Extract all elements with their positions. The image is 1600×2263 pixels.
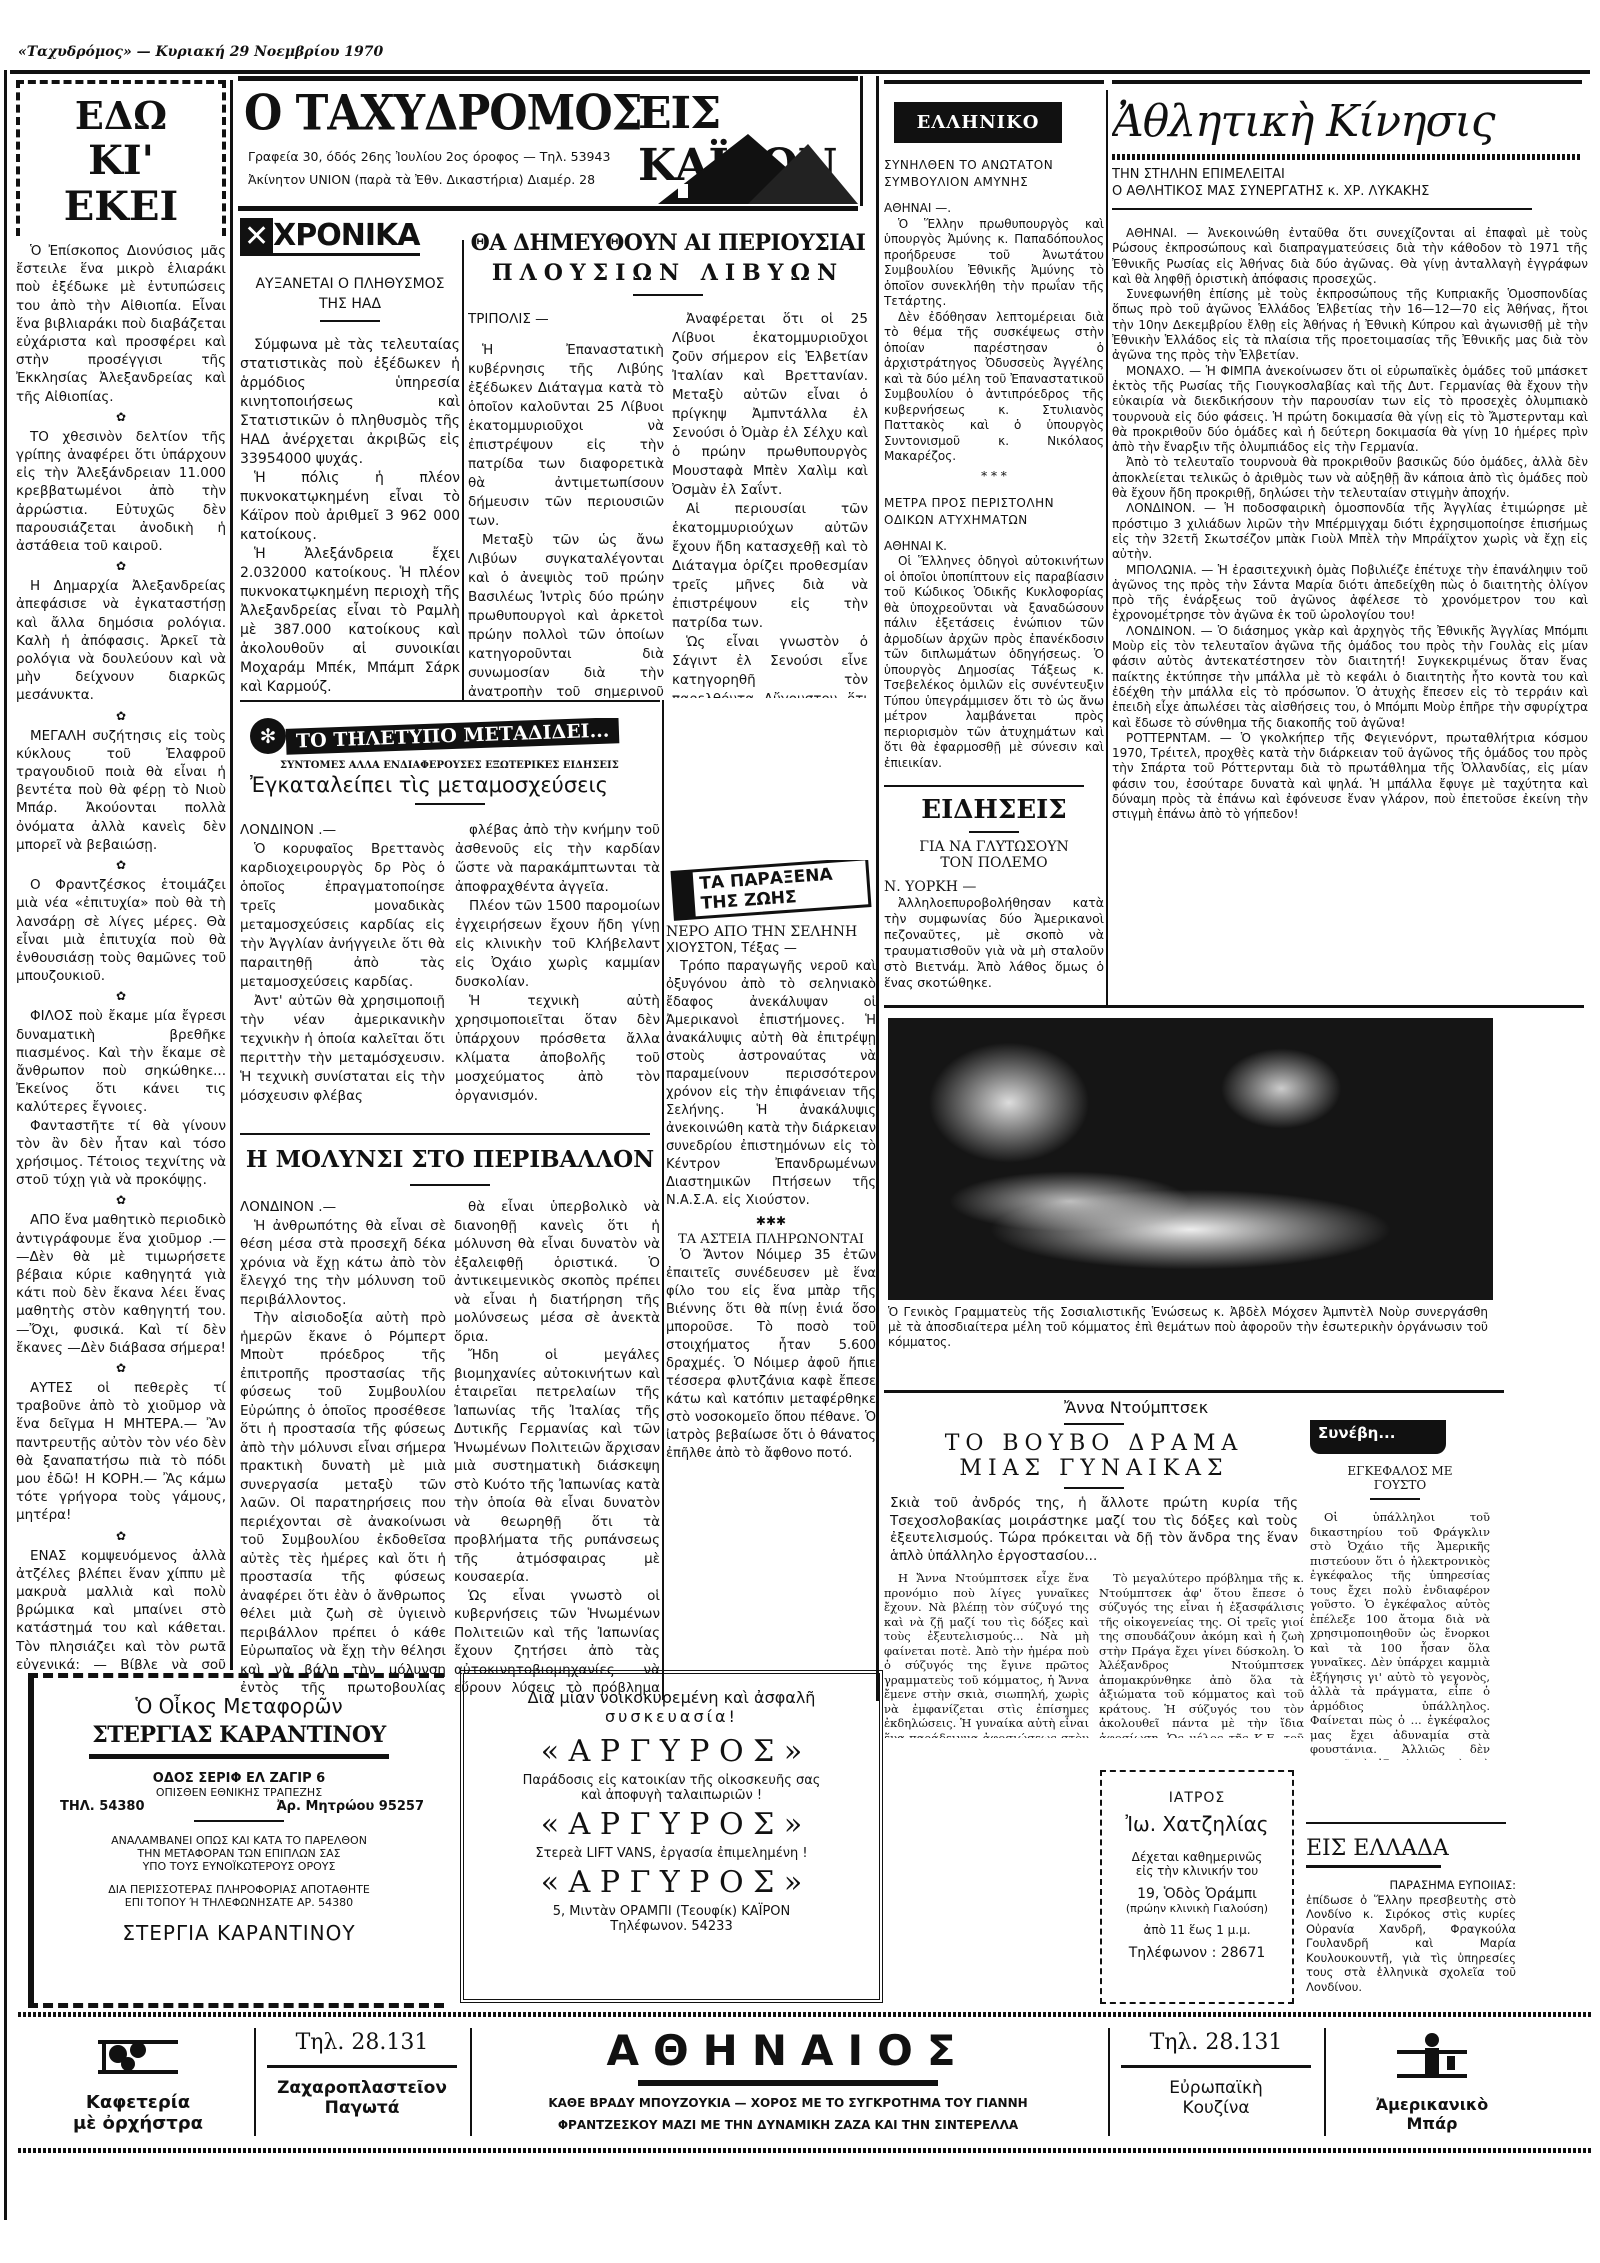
elliniko-item-1-dateline: ΑΘΗΝΑΙ —. bbox=[884, 201, 1104, 217]
chronika-title: ΧΡΟΝΙΚΑ bbox=[273, 218, 419, 256]
chronika-para-1: Σύμφωνα μὲ τὰς τελευταίας στατιστικὰς πο… bbox=[240, 336, 460, 469]
elliniko-column: ΕΛΛΗΝΙΚΟ ΣΥΝΗΛΘΕΝ ΤΟ ΑΝΩΤΑΤΟΝ ΣΥΜΒΟΥΛΙΟΝ… bbox=[884, 80, 1104, 1040]
bar-block: Ἀμερικανικὸ Μπάρ bbox=[1332, 2030, 1532, 2133]
dubcek-top-rule bbox=[1064, 1423, 1124, 1425]
synevi-text: Οἱ ὑπάλληλοι τοῦ δικαστηρίου τοῦ Φράγκλι… bbox=[1310, 1510, 1490, 1760]
elliniko-top-rule bbox=[884, 80, 1104, 84]
movers-phone: ΤΗΛ. 54380 bbox=[60, 1799, 145, 1814]
libya-para-5: Αἱ περιουσίαι τῶν ἑκατομμυριούχων αὐτῶν … bbox=[672, 500, 868, 633]
paraxena-right-divider bbox=[876, 76, 879, 1701]
x-logo-icon: ✕ bbox=[240, 218, 273, 256]
ki-ekei-title: ΚΙ' ΕΚΕΙ bbox=[24, 138, 218, 230]
pollution-para-3: θὰ εἶναι ὑπερβολικὸ νὰ διανοηθῇ κανεὶς ὅ… bbox=[454, 1198, 660, 1346]
argyros-top-2: συσκευασία! bbox=[464, 1707, 879, 1726]
paper-name: Ο ΤΑΧΥΔΡΟΜΟΣ bbox=[244, 85, 642, 142]
movers-mid-rule bbox=[194, 1820, 284, 1822]
flower-ornament-icon: ✿ bbox=[16, 408, 226, 426]
elliniko-item-1-body: ΑΘΗΝΑΙ —. Ὁ Ἕλλην πρωθυπουργὸς καὶ ὑπουρ… bbox=[884, 201, 1104, 465]
running-header: «Ταχυδρόμος» — Κυριακή 29 Νοεμβρίου 1970 bbox=[18, 44, 383, 60]
libya-para-2: Μεταξὺ τῶν ὡς ἄνω Λιβύων συγκαταλέγονται… bbox=[468, 531, 664, 698]
edo-ki-ekei-column: ΕΔΩ ΚΙ' ΕΚΕΙ Ὁ Ἐπίσκοπος Διονύσιος μᾶς ἔ… bbox=[16, 80, 226, 1670]
movers-name-rule bbox=[89, 1754, 389, 1759]
kitchen-line-2: Κουζίνα bbox=[1116, 2098, 1316, 2118]
eis-ellada-body: ΠΑΡΑΣΗΜΑ ΕΥΠΟΙΙΑΣ: ἐπίδωσε ὁ Ἕλλην πρεσβ… bbox=[1306, 1878, 1516, 1994]
eis-ellada-top-rule bbox=[1306, 1822, 1506, 1824]
cafe-block: Καφετερία μὲ ὀρχήστρα bbox=[38, 2030, 238, 2134]
kitchen-rule bbox=[1121, 2065, 1311, 2068]
movers-info-2: ΕΠΙ ΤΟΠΟΥ Ή ΤΗΛΕΦΩΝΗΣΑΤΕ ΑΡ. 54380 bbox=[34, 1896, 444, 1909]
masthead-address-2: Ἀκίνητον UNION (παρὰ τὰ Ἐθν. Δικαστήρια)… bbox=[248, 172, 595, 187]
chronika-subhead-rule bbox=[320, 320, 380, 322]
doctor-name: Ἰω. Χατζηλίας bbox=[1102, 1812, 1292, 1836]
footer-divider-1 bbox=[254, 2028, 256, 2136]
pastry-line-2: Παγωτά bbox=[262, 2098, 462, 2118]
flower-ornament-icon: ✿ bbox=[16, 557, 226, 575]
teletype-para-5: Ἡ τεχνικὴ αὐτὴ χρησιμοποιεῖται ὅταν δὲν … bbox=[455, 992, 660, 1103]
paraxena-item-2-text: Ὁ Ἄντον Νόιμερ 35 ἐτῶν ἐπαιτεῖς συνέδευσ… bbox=[666, 1247, 876, 1463]
teletype-para-4: Πλέον τῶν 1500 παρομοίων ἐγχειρήσεων ἔχο… bbox=[455, 897, 660, 992]
libya-para-4: Ἀναφέρεται ὅτι οἱ 25 Λίβυοι ἑκατομμυριοῦ… bbox=[672, 310, 868, 500]
argyros-phone: Τηλέφωνον. 54233 bbox=[464, 1919, 879, 1934]
pollution-top-rule bbox=[240, 1133, 650, 1135]
edo-item-8: ΑΠΟ ἕνα μαθητικὸ περιοδικὸ ἀντιγράφουμε … bbox=[16, 1211, 226, 1357]
edo-item-2: ΤΟ χθεσινὸν δελτίον τῆς γρίπης ἀναφέρει … bbox=[16, 428, 226, 555]
libya-col-1: ΤΡΙΠΟΛΙΣ — Ἡ Ἐπαναστατικὴ κυβέρνησις τῆς… bbox=[468, 310, 664, 698]
libya-article: ΘΑ ΔΗΜΕΥΘΟΥΝ ΑΙ ΠΕΡΙΟΥΣΙΑΙ ΠΛΟΥΣΙΩΝ ΛΙΒΥ… bbox=[468, 218, 868, 698]
teletype-col-2: φλέβας ἀπὸ τὴν κνήμην τοῦ ἀσθενοῦς εἰς τ… bbox=[455, 821, 660, 1103]
doctor-hours: ἀπὸ 11 ἕως 1 μ.μ. bbox=[1102, 1923, 1292, 1937]
sports-para-4: Ἀπὸ τὸ τελευταῖο τουρνουὰ θὰ προκριθοῦν … bbox=[1112, 455, 1588, 501]
eis-ellada-lead: ΠΑΡΑΣΗΜΑ ΕΥΠΟΙΙΑΣ: bbox=[1306, 1878, 1516, 1893]
athinaios-name: ΑΘΗΝΑΙΟΣ bbox=[478, 2024, 1098, 2078]
eidiseis-body: Ν. ΥΟΡΚΗ — Ἀλληλοεπυροβολήθησαν κατὰ τὴν… bbox=[884, 879, 1104, 991]
libya-headline-rule bbox=[633, 294, 703, 296]
sports-para-1: ΑΘΗΝΑΙ. — Ἀνεκοινώθη ἐνταῦθα ὅτι συνεχίζ… bbox=[1112, 226, 1588, 287]
doctor-phone: Τηλέφωνον : 28671 bbox=[1102, 1945, 1292, 1961]
paraxena-item-1-head: ΝΕΡΟ ΑΠΟ ΤΗΝ ΣΕΛΗΝΗ bbox=[666, 924, 876, 940]
orchestra-icon bbox=[98, 2030, 178, 2080]
movers-footer: ΣΤΕΡΓΙΑ ΚΑΡΑΝΤΙΝΟΥ bbox=[34, 1921, 444, 1945]
paraxena-banner: ΤΑ ΠΑΡΑΞΕΝΑ ΤΗΣ ΖΩΗΣ bbox=[670, 860, 871, 921]
sports-credit-rule bbox=[1112, 208, 1532, 210]
pollution-dateline: ΛΟΝΔΙΝΟΝ .— bbox=[240, 1198, 446, 1217]
libya-headline-1: ΘΑ ΔΗΜΕΥΘΟΥΝ ΑΙ ΠΕΡΙΟΥΣΙΑΙ bbox=[468, 228, 868, 258]
sports-para-2: Συνεφωνήθη ἐπίσης μὲ τοὺς ἐκπροσώπους τῆ… bbox=[1112, 287, 1588, 363]
pollution-para-4: Ἤδη οἱ μεγάλες βιομηχανίες αὐτοκινήτων κ… bbox=[454, 1346, 660, 1587]
sports-credit: ΤΗΝ ΣΤΗΛΗΝ ΕΠΙΜΕΛΕΙΤΑΙ Ο ΑΘΛΗΤΙΚΟΣ ΜΑΣ Σ… bbox=[1112, 166, 1588, 200]
flower-ornament-icon: ✿ bbox=[16, 1527, 226, 1545]
doctor-line-1: Δέχεται καθημερινῶς bbox=[1102, 1850, 1292, 1864]
masthead-bottom-rule bbox=[238, 206, 858, 211]
synevi-head: ΕΓΚΕΦΑΛΟΣ ΜΕ ΓΟΥΣΤΟ bbox=[1340, 1464, 1460, 1492]
footer-divider-4 bbox=[1324, 2028, 1326, 2136]
eidiseis-text: Ἀλληλοεπυροβολήθησαν κατὰ τὴν συμφωνίας … bbox=[884, 895, 1104, 991]
teletype-divider bbox=[662, 700, 664, 1700]
argyros-line-b: καὶ ἀποφυγὴ ταλαιπωριῶν ! bbox=[464, 1788, 879, 1803]
teletype-tagline: ΣΥΝΤΟΜΕΣ ΑΛΛΑ ΕΝΔΙΑΦΕΡΟΥΣΕΣ ΕΞΩΤΕΡΙΚΕΣ Ε… bbox=[280, 760, 660, 771]
paraxena-item-1-dateline: ΧΙΟΥΣΤΟΝ, Τέξας — bbox=[666, 940, 876, 958]
bar-line-2: Μπάρ bbox=[1332, 2114, 1532, 2133]
pollution-headline-rule bbox=[410, 1184, 490, 1186]
athinaios-rule bbox=[638, 2080, 938, 2086]
movers-address-2: ΟΠΙΣΘΕΝ ΕΘΝΙΚΗΣ ΤΡΑΠΕΖΗΣ bbox=[34, 1786, 444, 1799]
stars-separator: * * * bbox=[884, 467, 1104, 485]
sports-para-5: ΛΟΝΔΙΝΟΝ. — Ἡ ποδοσφαιρικὴ ὁμοσπονδία τῆ… bbox=[1112, 501, 1588, 562]
eidiseis-bottom-rule bbox=[884, 1005, 1584, 1008]
edo-item-9: ΑΥΤΕΣ οἱ πεθερὲς τί τραβοῦνε ἀπὸ τὸ χιοῦ… bbox=[16, 1379, 226, 1525]
teletype-headline-rule bbox=[415, 803, 485, 805]
dubcek-col-2-text: Τὸ μεγαλύτερο πρόβλημα τῆς κ. Ντούμπτσεκ… bbox=[1099, 1571, 1304, 1738]
top-rule bbox=[10, 70, 1590, 74]
dubcek-col-1: Η Ἄννα Ντούμπτσεκ εἶχε ἕνα προνόμιο ποὺ … bbox=[884, 1571, 1089, 1738]
sports-banner: Ἀθλητικὴ Κίνησις bbox=[1112, 90, 1588, 154]
edo-item-4: ΜΕΓΑΛΗ συζήτησις εἰς τοὺς κύκλους τοῦ Ἐλ… bbox=[16, 727, 226, 854]
teletype-para-1: Ὁ κορυφαῖος Βρεττανὸς καρδιοχειρουργὸς δ… bbox=[240, 840, 445, 992]
movers-ad: Ὁ Οἶκος Μεταφορῶν ΣΤΕΡΓΙΑΣ ΚΑΡΑΝΤΙΝΟΥ ΟΔ… bbox=[28, 1673, 444, 2008]
edo-ki-ekei-header: ΕΔΩ ΚΙ' ΕΚΕΙ bbox=[16, 80, 226, 236]
elliniko-banner: ΕΛΛΗΝΙΚΟ bbox=[894, 102, 1062, 143]
paraxena-item-1-text: Τρόπο παραγωγῆς νεροῦ καὶ ὀξυγόνου ἀπὸ τ… bbox=[666, 958, 876, 1210]
synevi-column: Συνέβη... ΕΓΚΕΦΑΛΟΣ ΜΕ ΓΟΥΣΤΟ Οἱ ὑπάλληλ… bbox=[1310, 1420, 1590, 1760]
eidiseis-head: ΓΙΑ ΝΑ ΓΛΥΤΩΣΟΥΝ ΤΟΝ ΠΟΛΕΜΟ bbox=[904, 839, 1084, 871]
footer-top-rule bbox=[18, 2012, 1593, 2017]
kitchen-block: Τηλ. 28.131 Εὐρωπαϊκὴ Κουζίνα bbox=[1116, 2030, 1316, 2118]
teletype-col-1: ΛΟΝΔΙΝΟΝ .— Ὁ κορυφαῖος Βρεττανὸς καρδιο… bbox=[240, 821, 445, 1103]
sports-para-3: ΜΟΝΑΧΟ. — Ἡ ΦΙΜΠΑ ἀνεκοίνωσεν ὅτι οἱ εὐρ… bbox=[1112, 364, 1588, 456]
paraxena-column: ΤΑ ΠΑΡΑΞΕΝΑ ΤΗΣ ΖΩΗΣ ΝΕΡΟ ΑΠΟ ΤΗΝ ΣΕΛΗΝΗ… bbox=[666, 860, 876, 1700]
chronika-para-3: Ἡ Ἀλεξάνδρεια ἔχει 2.032000 κατοίκους. Ἡ… bbox=[240, 545, 460, 697]
dubcek-col-1-text: Η Ἄννα Ντούμπτσεκ εἶχε ἕνα προνόμιο ποὺ … bbox=[884, 1571, 1089, 1738]
masthead: Ο ΤΑΧΥΔΡΟΜΟΣ ΕΙΣ ΚΑΪΡΟΝ Γραφεία 30, όδός… bbox=[238, 84, 858, 200]
teletype-para-2: Ἀντ' αὐτῶν θὰ χρησιμοποιῇ τὴν νέαν ἀμερι… bbox=[240, 992, 445, 1103]
doctor-line-2: εἰς τὴν κλινικήν του bbox=[1102, 1864, 1292, 1878]
edo-ki-ekei-body: Ὁ Ἐπίσκοπος Διονύσιος μᾶς ἔστειλε ἕνα μι… bbox=[16, 242, 226, 1670]
argyros-line-a: Παράδοσις εἰς κατοικίαν τῆς οἰκοσκευῆς σ… bbox=[464, 1773, 879, 1788]
athinaios-center: ΑΘΗΝΑΙΟΣ ΚΑΘΕ ΒΡΑΔΥ ΜΠΟΥΖΟΥΚΙΑ — ΧΟΡΟΣ Μ… bbox=[478, 2024, 1098, 2132]
left-page-edge bbox=[4, 70, 7, 2220]
movers-info-1: ΔΙΑ ΠΕΡΙΣΣΟΤΕΡΑΣ ΠΛΗΡΟΦΟΡΙΑΣ ΑΠΟΤΑΘΗΤΕ bbox=[34, 1883, 444, 1896]
pollution-para-1: Ἡ ἀνθρωπότης θὰ εἶναι σὲ θέση μέσα στὰ π… bbox=[240, 1217, 446, 1310]
dubcek-headline-2: ΜΙΑΣ ΓΥΝΑΙΚΑΣ bbox=[884, 1456, 1304, 1481]
libya-para-6: Ὡς εἶναι γνωστὸν ὁ Σάγιντ ἐλ Σενούσι εἶν… bbox=[672, 633, 868, 698]
dubcek-headline-rule bbox=[1064, 1487, 1124, 1489]
pastry-block: Τηλ. 28.131 Ζαχαροπλαστεῖον Παγωτά bbox=[262, 2030, 462, 2118]
cafe-line-1: Καφετερία bbox=[38, 2092, 238, 2113]
flower-ornament-icon: ✿ bbox=[16, 707, 226, 725]
pollution-para-2: Τὴν αἰσιοδοξία αὐτὴ πρὸ ἡμερῶν ἔκανε ὁ Ρ… bbox=[240, 1309, 446, 1700]
edo-item-6: ΦΙΛΟΣ ποὺ ἔκαμε μία ἔγρεσι δυναματικὴ βρ… bbox=[16, 1007, 226, 1116]
eis-ellada-text: ἐπίδωσε ὁ Ἕλλην πρεσβευτὴς στὸ Λονδίνο κ… bbox=[1306, 1893, 1516, 1995]
movers-body-2: ΤΗΝ ΜΕΤΑΦΟΡΑΝ ΤΩΝ ΕΠΙΠΛΩΝ ΣΑΣ bbox=[34, 1847, 444, 1860]
elliniko-item-1-para-2: Δὲν ἐδόθησαν λεπτομέρειαι διὰ τὸ θέμα τῆ… bbox=[884, 310, 1104, 465]
elliniko-item-2-body: ΑΘΗΝΑΙ Κ. Οἱ Ἕλληνες ὁδηγοὶ αὐτοκινήτων … bbox=[884, 539, 1104, 772]
pyramids-icon bbox=[658, 124, 858, 204]
flower-ornament-icon: ✿ bbox=[16, 1191, 226, 1209]
athinaios-ad: Καφετερία μὲ ὀρχήστρα Τηλ. 28.131 Ζαχαρο… bbox=[18, 2020, 1593, 2145]
bartender-icon bbox=[1397, 2030, 1467, 2085]
movers-line-1: Ὁ Οἶκος Μεταφορῶν bbox=[34, 1694, 444, 1718]
paraxena-item-2-body: Ὁ Ἄντον Νόιμερ 35 ἐτῶν ἐπαιτεῖς συνέδευσ… bbox=[666, 1247, 876, 1463]
dubcek-lede: Σκιὰ τοῦ ἀνδρός της, ἡ ἄλλοτε πρώτη κυρί… bbox=[890, 1495, 1298, 1565]
argyros-brand-2: « Α Ρ Γ Υ Ρ Ο Σ » bbox=[464, 1807, 879, 1842]
eis-ellada-column: ΕΙΣ ΕΛΛΑΔΑ ΠΑΡΑΣΗΜΑ ΕΥΠΟΙΙΑΣ: ἐπίδωσε ὁ … bbox=[1306, 1836, 1516, 2006]
teletype-banner: ✻ ΤΟ ΤΗΛΕΤΥΠΟ ΜΕΤΑΔΙΔΕΙ... bbox=[250, 718, 660, 754]
elliniko-bottom-rule bbox=[884, 785, 1084, 787]
footer-bottom-rule bbox=[18, 2148, 1593, 2153]
libya-para-1: Ἡ Ἐπαναστατικὴ κυβέρνησις τῆς Λιβύης ἐξέ… bbox=[468, 341, 664, 531]
sports-para-6: ΜΠΟΛΩΝΙΑ. — Ἡ ἐρασιτεχνικὴ ὁμὰς Ποβιλιέζ… bbox=[1112, 563, 1588, 624]
edo-item-3: Η Δημαρχία Ἀλεξανδρείας ἀπεφάσισε νὰ ἐγκ… bbox=[16, 577, 226, 704]
eidiseis-dateline: Ν. ΥΟΡΚΗ — bbox=[884, 879, 1104, 895]
elliniko-item-2-dateline: ΑΘΗΝΑΙ Κ. bbox=[884, 539, 1104, 555]
elliniko-item-2-head: ΜΕΤΡΑ ΠΡΟΣ ΠΕΡΙΣΤΟΛΗΝ ΟΔΙΚΩΝ ΑΤΥΧΗΜΑΤΩΝ bbox=[884, 495, 1104, 529]
teletype-headline: Ἐγκαταλείπει τὶς μεταμοσχεύσεις bbox=[250, 773, 660, 797]
argyros-address: 5, Μιντὰν ΟΡΑΜΠΙ (Τεουφίκ) ΚΑΪΡΟΝ bbox=[464, 1904, 879, 1919]
dubcek-col-2: Τὸ μεγαλύτερο πρόβλημα τῆς κ. Ντούμπτσεκ… bbox=[1099, 1571, 1304, 1738]
teletype-wheel-icon: ✻ bbox=[250, 718, 286, 754]
photo-caption: Ὁ Γενικὸς Γραμματεὺς τῆς Σοσιαλιστικῆς Ἑ… bbox=[888, 1305, 1488, 1350]
sports-top-rule bbox=[1112, 80, 1582, 84]
argyros-line-c: Στερεὰ LIFT VANS, ἐργασία ἐπιμελημένη ! bbox=[464, 1846, 879, 1861]
chronika-divider bbox=[462, 240, 464, 700]
news-photo bbox=[888, 1018, 1493, 1300]
athinaios-line-2: ΦΡΑΝΤΖΕΣΚΟΥ ΜΑΖΙ ΜΕ ΤΗΝ ΔΥΝΑΜΙΚΗ ΖΑΖΑ ΚΑ… bbox=[478, 2118, 1098, 2132]
synevi-body: Οἱ ὑπάλληλοι τοῦ δικαστηρίου τοῦ Φράγκλι… bbox=[1310, 1510, 1490, 1760]
elliniko-item-1-para-1: Ὁ Ἕλλην πρωθυπουργὸς καὶ ὑπουργὸς Ἀμύνης… bbox=[884, 217, 1104, 310]
paraxena-item-1-body: ΧΙΟΥΣΤΟΝ, Τέξας — Τρόπο παραγωγῆς νεροῦ … bbox=[666, 940, 876, 1210]
argyros-brand-3: « Α Ρ Γ Υ Ρ Ο Σ » bbox=[464, 1865, 879, 1900]
eis-ellada-title: ΕΙΣ ΕΛΛΑΔΑ bbox=[1306, 1836, 1516, 1861]
sports-body: ΑΘΗΝΑΙ. — Ἀνεκοινώθη ἐνταῦθα ὅτι συνεχίζ… bbox=[1112, 226, 1588, 823]
edo-item-10: ΕΝΑΣ κομψευόμενος ἀλλὰ ἀτζέλες βλέπει ἕν… bbox=[16, 1547, 226, 1670]
flower-ornament-icon: ✿ bbox=[16, 1359, 226, 1377]
movers-body-3: ΥΠΟ ΤΟΥΣ ΕΥΝΟΪΚΩΤΕΡΟΥΣ ΟΡΟΥΣ bbox=[34, 1860, 444, 1873]
edo-item-1: Ὁ Ἐπίσκοπος Διονύσιος μᾶς ἔστειλε ἕνα μι… bbox=[16, 242, 226, 406]
stars-separator: ✱✱✱ bbox=[666, 1212, 876, 1230]
edo-item-5: Ο Φραντζέσκος ἑτοιμάζει μιὰ νέα «ἐπιτυχί… bbox=[16, 876, 226, 985]
pollution-headline: Η ΜΟΛΥΝΣΙ ΣΤΟ ΠΕΡΙΒΑΛΛΟΝ bbox=[240, 1142, 660, 1178]
bar-line-1: Ἀμερικανικὸ bbox=[1332, 2095, 1532, 2114]
sports-column: Ἀθλητικὴ Κίνησις ΤΗΝ ΣΤΗΛΗΝ ΕΠΙΜΕΛΕΙΤΑΙ … bbox=[1112, 80, 1588, 1005]
elliniko-item-1-head: ΣΥΝΗΛΘΕΝ ΤΟ ΑΝΩΤΑΤΟΝ ΣΥΜΒΟΥΛΙΟΝ ΑΜΥΝΗΣ bbox=[884, 157, 1104, 191]
pastry-phone: Τηλ. 28.131 bbox=[262, 2030, 462, 2055]
footer-divider-2 bbox=[470, 2028, 472, 2136]
cafe-line-2: μὲ ὀρχήστρα bbox=[38, 2113, 238, 2134]
photo-bottom-rule bbox=[884, 1390, 1504, 1393]
pollution-article: Η ΜΟΛΥΝΣΙ ΣΤΟ ΠΕΡΙΒΑΛΛΟΝ ΛΟΝΔΙΝΟΝ .— Ἡ ἀ… bbox=[240, 1140, 660, 1700]
masthead-top-rule bbox=[238, 76, 858, 81]
kitchen-phone: Τηλ. 28.131 bbox=[1116, 2030, 1316, 2055]
synevi-banner: Συνέβη... bbox=[1310, 1420, 1446, 1454]
teletype-dateline: ΛΟΝΔΙΝΟΝ .— bbox=[240, 821, 445, 840]
movers-name: ΣΤΕΡΓΙΑΣ ΚΑΡΑΝΤΙΝΟΥ bbox=[34, 1722, 444, 1748]
chronika-para-2: Ἡ πόλις ἡ πλέον πυκνοκατῳκημένη εἶναι τὸ… bbox=[240, 469, 460, 545]
eidiseis-title: ΕΙΔΗΣΕΙΣ bbox=[884, 795, 1104, 825]
libya-col-2: Ἀναφέρεται ὅτι οἱ 25 Λίβυοι ἑκατομμυριοῦ… bbox=[672, 310, 868, 698]
movers-address-1: ΟΔΟΣ ΣΕΡΙΦ ΕΛ ΖΑΓΙΡ 6 bbox=[34, 1771, 444, 1786]
masthead-right-rule bbox=[860, 76, 863, 206]
edo-title: ΕΔΩ bbox=[24, 94, 218, 138]
sports-credit-line-2: Ο ΑΘΛΗΤΙΚΟΣ ΜΑΣ ΣΥΝΕΡΓΑΤΗΣ κ. ΧΡ. ΛΥΚΑΚΗ… bbox=[1112, 183, 1588, 200]
libya-dateline: ΤΡΙΠΟΛΙΣ — bbox=[468, 310, 664, 329]
eis-ellada-title-rule bbox=[1306, 1865, 1441, 1868]
sports-credit-line-1: ΤΗΝ ΣΤΗΛΗΝ ΕΠΙΜΕΛΕΙΤΑΙ bbox=[1112, 166, 1588, 183]
flower-ornament-icon: ✿ bbox=[16, 856, 226, 874]
col1-divider bbox=[230, 80, 233, 1670]
dubcek-byline: Ἄννα Ντούμπτσεκ bbox=[1064, 1398, 1304, 1417]
athinaios-line-1: ΚΑΘΕ ΒΡΑΔΥ ΜΠΟΥΖΟΥΚΙΑ — ΧΟΡΟΣ ΜΕ ΤΟ ΣΥΓΚ… bbox=[478, 2096, 1098, 2110]
pollution-col-2: θὰ εἶναι ὑπερβολικὸ νὰ διανοηθῇ κανεὶς ὅ… bbox=[454, 1198, 660, 1700]
dubcek-headline-1: ΤΟ ΒΟΥΒΟ ΔΡΑΜΑ bbox=[884, 1431, 1304, 1456]
elliniko-right-divider bbox=[1106, 90, 1108, 1005]
pastry-rule bbox=[267, 2065, 457, 2068]
chronika-subhead: ΑΥΞΑΝΕΤΑΙ Ο ΠΛΗΘΥΣΜΟΣ ΤΗΣ ΗΑΔ bbox=[250, 274, 450, 314]
libya-bottom-rule bbox=[240, 700, 660, 702]
pollution-col-1: ΛΟΝΔΙΝΟΝ .— Ἡ ἀνθρωπότης θὰ εἶναι σὲ θέσ… bbox=[240, 1198, 446, 1700]
sports-para-8: ΡΟΤΤΕΡΝΤΑΜ. — Ὁ γκολκήπερ τῆς Φεγιενόρντ… bbox=[1112, 731, 1588, 823]
movers-registry: Ἀρ. Μητρώου 95257 bbox=[277, 1799, 424, 1814]
teletype-para-3: φλέβας ἀπὸ τὴν κνήμην τοῦ ἀσθενοῦς εἰς τ… bbox=[455, 821, 660, 897]
synevi-rule bbox=[1370, 1498, 1420, 1500]
doctor-address: 19, Ὁδὸς Ὀράμπι bbox=[1102, 1886, 1292, 1902]
kitchen-line-1: Εὐρωπαϊκὴ bbox=[1116, 2078, 1316, 2098]
paraxena-item-2-head: ΤΑ ΑΣΤΕΙΑ ΠΛΗΡΩΝΟΝΤΑΙ bbox=[666, 1232, 876, 1247]
doctor-note: (πρώην κλινικὴ Γιαλούση) bbox=[1102, 1902, 1292, 1915]
eidiseis-rule bbox=[969, 831, 1019, 833]
teletype-banner-text: ΤΟ ΤΗΛΕΤΥΠΟ ΜΕΤΑΔΙΔΕΙ... bbox=[286, 718, 620, 755]
doctor-ad: ΙΑΤΡΟΣ Ἰω. Χατζηλίας Δέχεται καθημερινῶς… bbox=[1100, 1770, 1294, 2004]
doctor-title: ΙΑΤΡΟΣ bbox=[1102, 1790, 1292, 1806]
edo-item-7: Φανταστῆτε τί θὰ γίνουν τὸν ἂν δὲν ἦταν … bbox=[16, 1117, 226, 1190]
chronika-body: Σύμφωνα μὲ τὰς τελευταίας στατιστικὰς πο… bbox=[240, 336, 460, 697]
masthead-address-1: Γραφεία 30, όδός 26ης Ἰουλίου 2ος όροφος… bbox=[248, 149, 610, 164]
sports-banner-rule bbox=[1112, 154, 1582, 160]
chronika-column: ✕ ΧΡΟΝΙΚΑ ΑΥΞΑΝΕΤΑΙ Ο ΠΛΗΘΥΣΜΟΣ ΤΗΣ ΗΑΔ … bbox=[240, 218, 460, 698]
teletype-section: ✻ ΤΟ ΤΗΛΕΤΥΠΟ ΜΕΤΑΔΙΔΕΙ... ΣΥΝΤΟΜΕΣ ΑΛΛΑ… bbox=[240, 718, 660, 1103]
dubcek-article: Ἄννα Ντούμπτσεκ ΤΟ ΒΟΥΒΟ ΔΡΑΜΑ ΜΙΑΣ ΓΥΝΑ… bbox=[884, 1398, 1304, 1738]
footer-divider-3 bbox=[1108, 2028, 1110, 2136]
argyros-ad: Διὰ μίαν νοικοκυρεμένη καὶ ἀσφαλῆ συσκευ… bbox=[460, 1670, 883, 2003]
argyros-brand-1: « Α Ρ Γ Υ Ρ Ο Σ » bbox=[464, 1734, 879, 1769]
libya-headline-2: ΠΛΟΥΣΙΩΝ ΛΙΒΥΩΝ bbox=[468, 258, 868, 288]
flower-ornament-icon: ✿ bbox=[16, 987, 226, 1005]
sports-para-7: ΛΟΝΔΙΝΟΝ. — Ὁ διάσημος γκὰρ καὶ ἀρχηγὸς … bbox=[1112, 624, 1588, 731]
movers-body-1: ΑΝΑΛΑΜΒΑΝΕΙ ΟΠΩΣ ΚΑΙ ΚΑΤΑ ΤΟ ΠΑΡΕΛΘΟΝ bbox=[34, 1834, 444, 1847]
argyros-top-1: Διὰ μίαν νοικοκυρεμένη καὶ ἀσφαλῆ bbox=[464, 1688, 879, 1707]
elliniko-item-2-text: Οἱ Ἕλληνες ὁδηγοὶ αὐτοκινήτων οἱ ὁποῖοι … bbox=[884, 554, 1104, 771]
pastry-line-1: Ζαχαροπλαστεῖον bbox=[262, 2078, 462, 2098]
chronika-logo: ✕ ΧΡΟΝΙΚΑ bbox=[240, 218, 460, 256]
